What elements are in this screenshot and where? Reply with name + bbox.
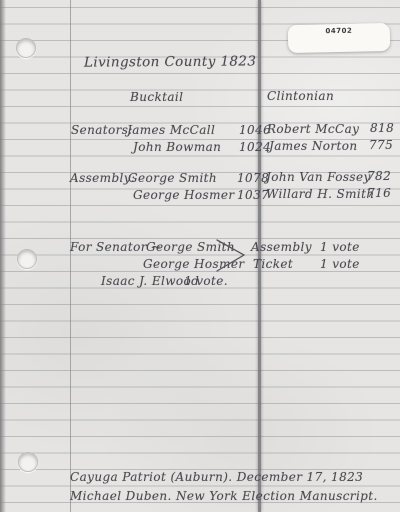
assembly-bucktail-name-2: George Hosmer bbox=[133, 188, 235, 202]
brace-chevron-icon bbox=[215, 237, 247, 273]
column-header-clintonian: Clintonian bbox=[267, 89, 334, 103]
assembly-clintonian-votes-2: 716 bbox=[367, 186, 391, 200]
punch-hole-middle bbox=[17, 249, 37, 269]
senator-clintonian-votes-1: 818 bbox=[370, 121, 394, 135]
senator-clintonian-name-1: Robert McCay bbox=[267, 122, 359, 136]
catalog-sticker: 04702 bbox=[288, 23, 391, 53]
assembly-bucktail-votes-2: 1037 bbox=[237, 188, 269, 202]
senator-bucktail-name-2: John Bowman bbox=[133, 140, 221, 154]
scanned-manuscript-page: 04702 Livingston County 1823 Bucktail Cl… bbox=[0, 0, 400, 512]
page-title: Livingston County 1823 bbox=[84, 53, 256, 70]
paper-left-edge bbox=[0, 0, 6, 512]
vote-count-1: 1 vote bbox=[320, 240, 360, 254]
punch-hole-bottom bbox=[18, 452, 38, 472]
assembly-bucktail-name-1: George Smith bbox=[128, 171, 217, 185]
assembly-clintonian-name-1: John Van Fossey bbox=[266, 170, 371, 184]
senator-bucktail-votes-2: 1024 bbox=[239, 140, 271, 154]
bracket-label-assembly: Assembly bbox=[251, 240, 312, 254]
citation-source: Cayuga Patriot (Auburn). December 17, 18… bbox=[70, 470, 363, 484]
column-header-bucktail: Bucktail bbox=[130, 90, 183, 104]
catalog-number: 04702 bbox=[288, 26, 390, 36]
assembly-clintonian-name-2: Willard H. Smith bbox=[266, 187, 375, 201]
senator-clintonian-name-2: James Norton bbox=[269, 139, 357, 153]
ruled-lines bbox=[0, 0, 400, 512]
citation-attribution: Michael Duben. New York Election Manuscr… bbox=[70, 489, 378, 503]
senator-bucktail-name-1: James McCall bbox=[127, 123, 215, 137]
assembly-bucktail-votes-1: 1078 bbox=[237, 171, 269, 185]
senator-clintonian-votes-2: 775 bbox=[369, 138, 393, 152]
margin-line bbox=[70, 0, 71, 512]
assembly-heading: Assembly: bbox=[70, 171, 135, 185]
punch-hole-top bbox=[16, 38, 36, 58]
fold-crease bbox=[258, 0, 261, 512]
assembly-clintonian-votes-1: 782 bbox=[367, 169, 391, 183]
bracket-label-ticket: Ticket bbox=[253, 257, 293, 271]
senators-heading: Senators: bbox=[71, 123, 133, 137]
vote-count-2: 1 vote bbox=[320, 257, 360, 271]
vote-count-3: 1 vote. bbox=[184, 274, 228, 288]
